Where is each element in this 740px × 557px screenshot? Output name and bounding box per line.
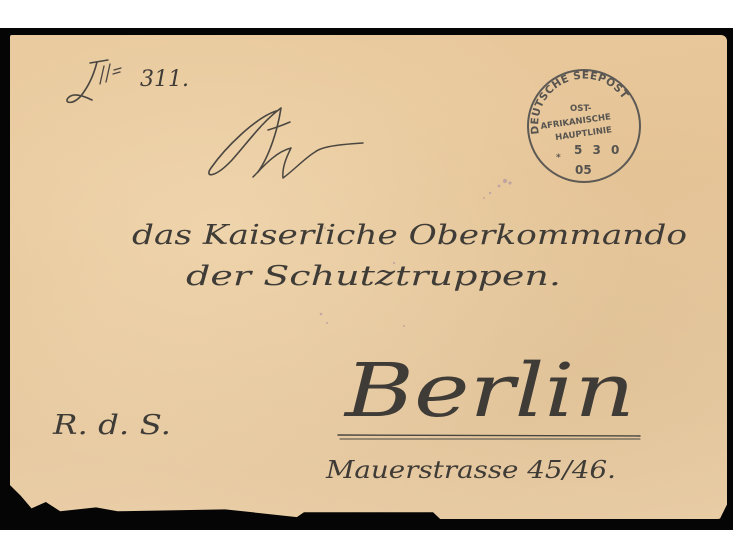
violet-stain-marks <box>320 179 512 327</box>
address-city: Berlin <box>338 348 640 439</box>
address-salutation <box>209 108 363 178</box>
docket-number: 311. <box>67 60 189 102</box>
postmark: DEUTSCHE SEEPOST OST- AFRIKANISCHE HAUPT… <box>528 70 640 182</box>
address-line1: das Kaiserliche Oberkommando <box>132 220 687 251</box>
sender-initials: R. d. S. <box>52 410 171 441</box>
postmark-date: 5 3 0 <box>574 143 619 157</box>
postmark-line1: OST- <box>570 104 592 114</box>
envelope-markings: 311. DEUTSCHE SEEPOST OST- AFRIKANISCHE … <box>0 0 740 557</box>
address-line2: der Schutztruppen. <box>186 261 561 292</box>
postmark-year: 05 <box>575 163 592 177</box>
svg-text:Berlin: Berlin <box>342 348 635 434</box>
address-street: Mauerstrasse 45/46. <box>325 456 616 484</box>
docket-number-text: 311. <box>140 67 189 92</box>
postmark-star: * <box>556 153 561 163</box>
